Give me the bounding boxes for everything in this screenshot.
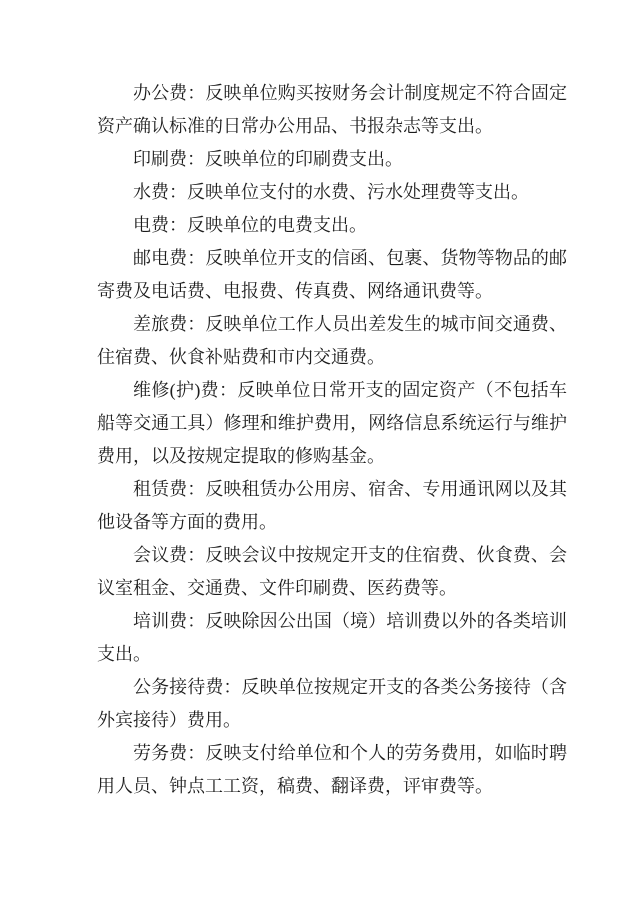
- para-office-expense-definition: 办公费：反映单位购买按财务会计制度规定不符合固定资产确认标准的日常办公用品、书报…: [97, 77, 567, 143]
- document-page: 办公费：反映单位购买按财务会计制度规定不符合固定资产确认标准的日常办公用品、书报…: [0, 0, 634, 898]
- para-labor-expense-definition: 劳务费：反映支付给单位和个人的劳务费用，如临时聘用人员、钟点工工资，稿费、翻译费…: [97, 737, 567, 803]
- para-training-expense-definition: 培训费：反映除因公出国（境）培训费以外的各类培训支出。: [97, 605, 567, 671]
- document-body: 办公费：反映单位购买按财务会计制度规定不符合固定资产确认标准的日常办公用品、书报…: [97, 77, 567, 803]
- para-meeting-expense-definition: 会议费：反映会议中按规定开支的住宿费、伙食费、会议室租金、交通费、文件印刷费、医…: [97, 539, 567, 605]
- para-printing-expense-definition: 印刷费：反映单位的印刷费支出。: [97, 143, 567, 176]
- para-maintenance-expense-definition: 维修(护)费：反映单位日常开支的固定资产（不包括车船等交通工具）修理和维护费用，…: [97, 374, 567, 473]
- para-electricity-expense-definition: 电费：反映单位的电费支出。: [97, 209, 567, 242]
- para-post-telecom-expense-definition: 邮电费：反映单位开支的信函、包裹、货物等物品的邮寄费及电话费、电报费、传真费、网…: [97, 242, 567, 308]
- para-water-expense-definition: 水费：反映单位支付的水费、污水处理费等支出。: [97, 176, 567, 209]
- para-rental-expense-definition: 租赁费：反映租赁办公用房、宿舍、专用通讯网以及其他设备等方面的费用。: [97, 473, 567, 539]
- para-travel-expense-definition: 差旅费：反映单位工作人员出差发生的城市间交通费、住宿费、伙食补贴费和市内交通费。: [97, 308, 567, 374]
- para-reception-expense-definition: 公务接待费：反映单位按规定开支的各类公务接待（含外宾接待）费用。: [97, 671, 567, 737]
